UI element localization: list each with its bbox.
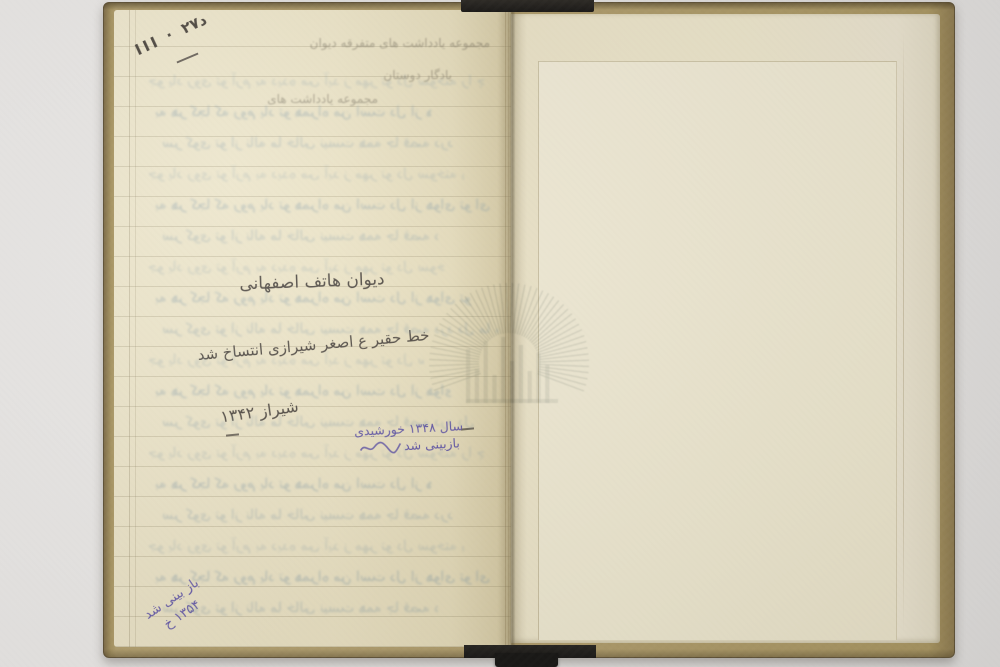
faint-pencil-inscription: مجموعه يادداشت هاى متفرقه ديوان — [266, 90, 378, 108]
date-inscription: شیراز ۱۳۴۲ — [211, 395, 308, 427]
ink-bleedthrough-row: جو ياد روى تو آرم به ديده مى آيد ز مهر ت… — [148, 163, 464, 185]
review-stamp-1348: سال ۱۳۴۸ خورشیدی بازبینی شد — [333, 416, 485, 458]
ink-bleedthrough-row: به هر كجا كه روم ياد تو همراه من است دل … — [155, 566, 491, 588]
manuscript-photograph: III · ۲د۷ دیوان هاتف اصفهانی خط حقیر ع ا… — [0, 0, 1000, 667]
ink-bleedthrough-row: جو ياد روى تو آرم به ديده مى آيد ز مهر ت… — [148, 70, 484, 92]
ink-bleedthrough-row: جو ياد روى تو آرم به ديده مى آيد ز مهر ت… — [148, 256, 444, 278]
shelfmark-inscription: III · ۲د۷ — [132, 10, 209, 59]
embossed-library-stamp-icon — [425, 275, 593, 411]
ink-bleedthrough-row: به هر كجا كه روم ياد تو همراه من است دل … — [155, 194, 491, 216]
ink-bleedthrough-row: به هر كجا كه روم ياد تو همراه من است دل … — [155, 380, 451, 402]
corner-stamp-line2: ۱۳۵۴ خ — [131, 576, 233, 647]
review-stamp-line2: بازبینی شد — [404, 434, 461, 454]
ink-dash-right — [461, 427, 474, 430]
ink-bleedthrough-row: سر كوى تو از ناله ما خالى نيست همه جا قص… — [162, 411, 478, 433]
shelfmark-underline — [177, 53, 199, 64]
ink-bleedthrough-row: سر كوى تو از ناله ما خالى نيست همه جا قص… — [162, 132, 458, 154]
scribe-inscription: خط حقیر ع اصغر شیرازی انتساخ شد — [196, 326, 432, 364]
binding-strap-tab — [495, 653, 558, 667]
ink-bleedthrough-row: جو ياد روى تو آرم به ديده مى آيد ز مهر ت… — [148, 442, 484, 464]
ink-dash-left — [226, 433, 239, 436]
page-crease — [903, 32, 904, 632]
title-inscription: دیوان هاتف اصفهانی — [222, 269, 403, 295]
ink-bleedthrough-row: به هر كجا كه روم ياد تو همراه من است دل … — [155, 101, 431, 123]
corner-stamp-line1: باز بینی شد — [121, 560, 223, 637]
ink-bleedthrough-row: جو ياد روى تو آرم به ديده مى آيد ز مهر ت… — [148, 349, 424, 371]
faint-pencil-inscription: مجموعه يادداشت هاى متفرقه ديوان — [218, 34, 490, 52]
ink-bleedthrough-row: به هر كجا كه روم ياد تو همراه من است دل … — [155, 473, 431, 495]
ink-bleedthrough-row: به هر كجا كه روم ياد تو همراه من است دل … — [155, 287, 471, 309]
ink-bleedthrough-row: سر كوى تو از ناله ما خالى نيست همه جا قص… — [162, 504, 458, 526]
ink-bleedthrough-row: سر كوى تو از ناله ما خالى نيست همه جا قص… — [162, 225, 438, 247]
ink-bleedthrough-row: سر كوى تو از ناله ما خالى نيست همه جا قص… — [162, 597, 438, 619]
faint-pencil-inscription: يادگار دوستان — [246, 66, 452, 84]
binding-strap-top — [461, 0, 594, 12]
book-cover: III · ۲د۷ دیوان هاتف اصفهانی خط حقیر ع ا… — [103, 2, 955, 658]
review-stamp-1354: باز بینی شد ۱۳۵۴ خ — [121, 560, 233, 647]
ink-bleedthrough-row: جو ياد روى تو آرم به ديده مى آيد ز مهر ت… — [148, 535, 464, 557]
review-stamp-line1: سال ۱۳۴۸ خورشیدی — [333, 416, 484, 441]
signature-squiggle-icon — [359, 439, 402, 455]
